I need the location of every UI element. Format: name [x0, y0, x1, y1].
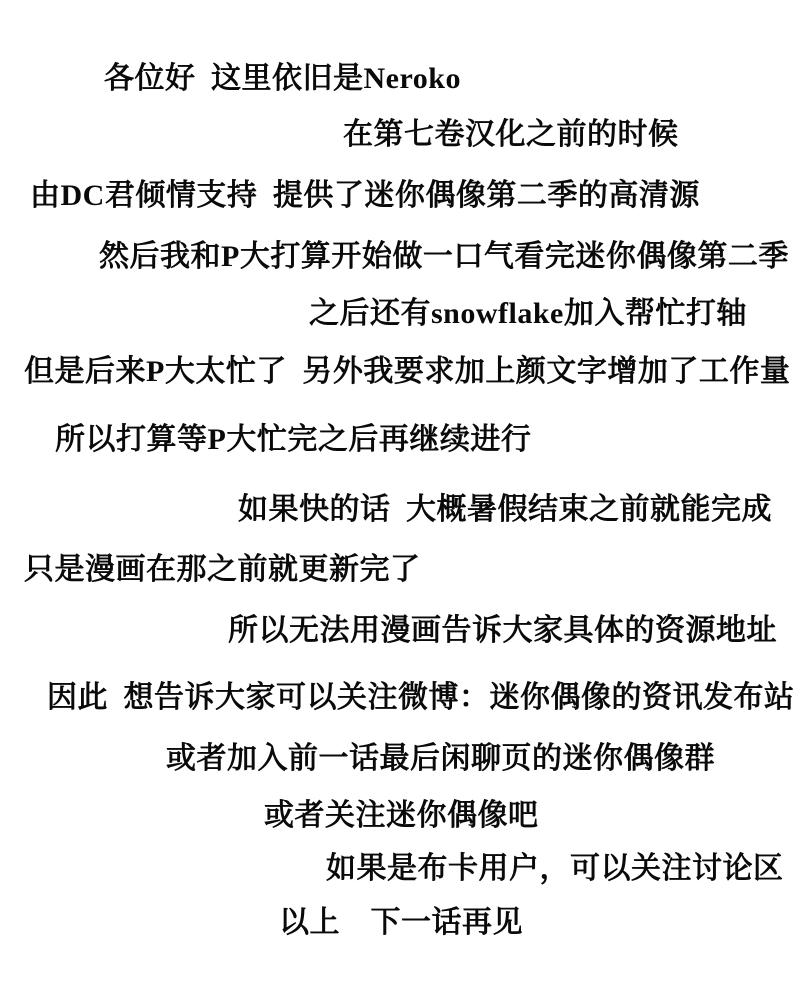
note-line-manga-finished: 只是漫画在那之前就更新完了	[24, 553, 421, 588]
note-line-timeframe: 在第七卷汉化之前的时候	[343, 118, 679, 153]
note-line-qq-group: 或者加入前一话最后闲聊页的迷你偶像群	[166, 742, 715, 777]
note-line-eta: 如果快的话 大概暑假结束之前就能完成	[238, 493, 772, 528]
note-line-source-credit: 由DC君倾情支持 提供了迷你偶像第二季的高清源	[30, 179, 700, 214]
note-line-greeting: 各位好 这里依旧是Neroko	[104, 62, 461, 97]
note-line-snowflake: 之后还有snowflake加入帮忙打轴	[309, 297, 747, 332]
note-line-buka: 如果是布卡用户，可以关注讨论区	[326, 852, 784, 887]
note-line-weibo: 因此 想告诉大家可以关注微博：迷你偶像的资讯发布站	[47, 681, 795, 716]
note-line-no-address: 所以无法用漫画告诉大家具体的资源地址	[228, 614, 777, 649]
note-line-plan: 然后我和P大打算开始做一口气看完迷你偶像第二季	[99, 240, 789, 275]
note-line-signoff: 以上 下一话再见	[279, 906, 523, 941]
note-line-tieba: 或者关注迷你偶像吧	[264, 799, 539, 834]
note-line-resume-plan: 所以打算等P大忙完之后再继续进行	[55, 423, 531, 458]
translator-note-page: 各位好 这里依旧是Neroko 在第七卷汉化之前的时候 由DC君倾情支持 提供了…	[0, 0, 800, 997]
note-line-delay-reason: 但是后来P大太忙了 另外我要求加上颜文字增加了工作量	[24, 355, 790, 390]
